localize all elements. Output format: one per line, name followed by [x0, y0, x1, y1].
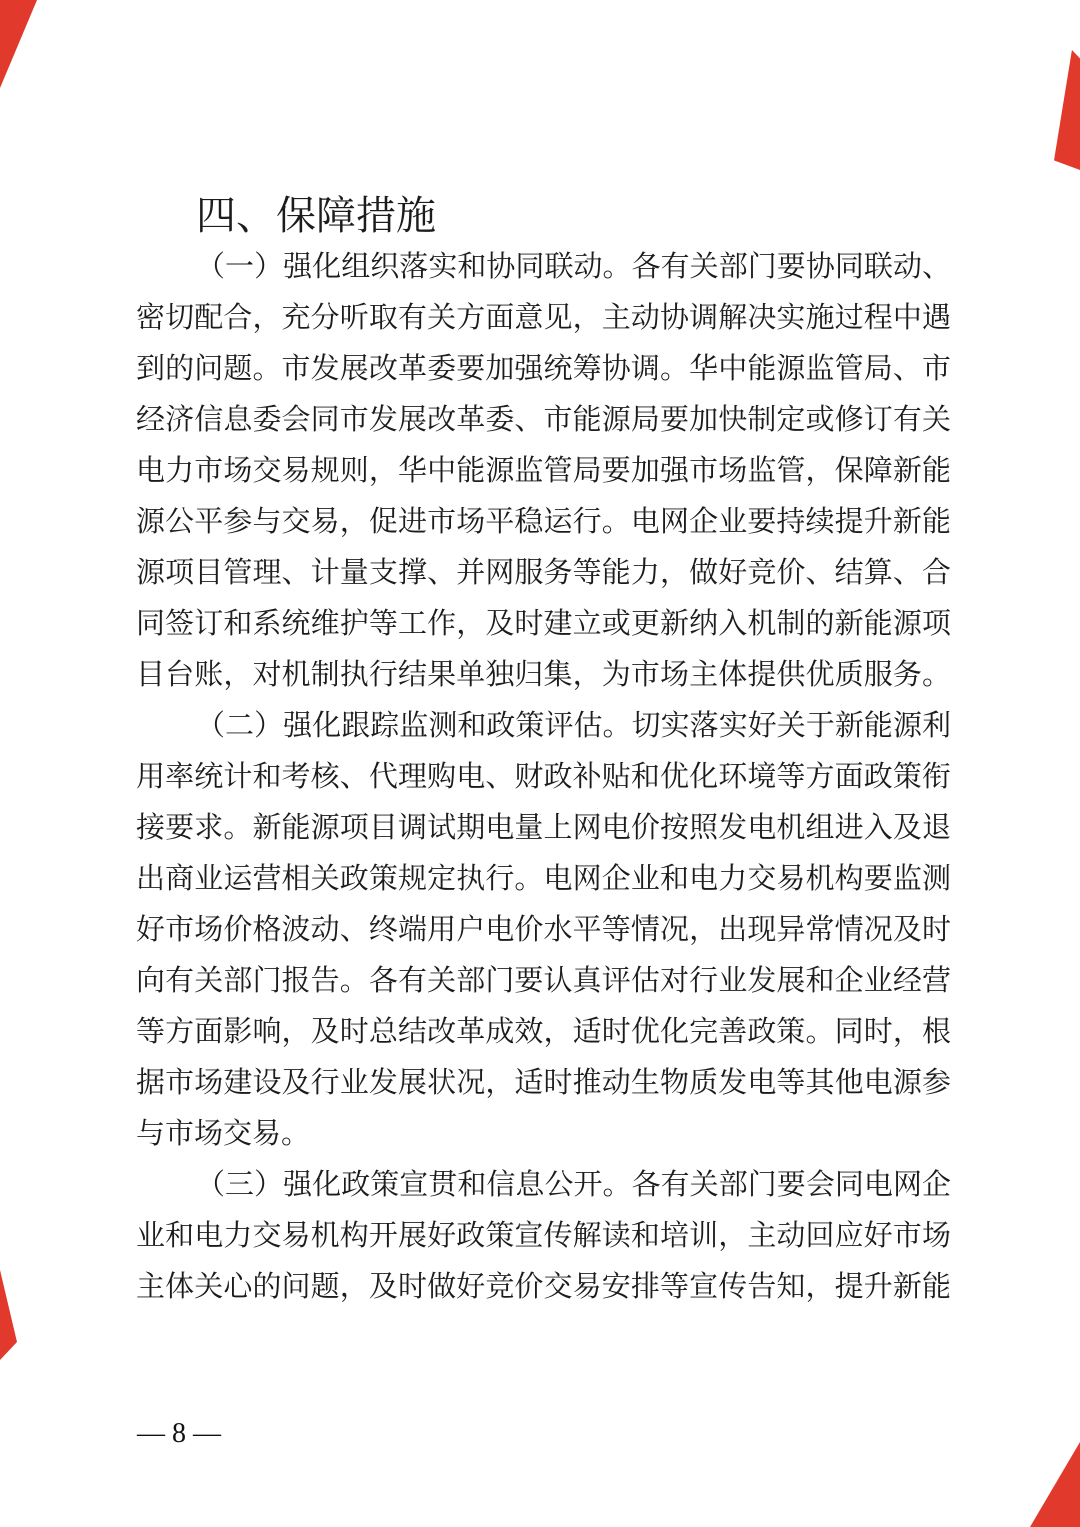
doc-line: （一）强化组织落实和协同联动。各有关部门要协同联动、: [136, 242, 951, 293]
doc-line: 用率统计和考核、代理购电、财政补贴和优化环境等方面政策衔: [136, 752, 951, 803]
document-page: 四、保障措施 （一）强化组织落实和协同联动。各有关部门要协同联动、 密切配合，充…: [0, 0, 1080, 1527]
doc-line: 向有关部门报告。各有关部门要认真评估对行业发展和企业经营: [136, 956, 951, 1007]
doc-line: 同签订和系统维护等工作，及时建立或更新纳入机制的新能源项: [136, 599, 951, 650]
doc-line: 据市场建设及行业发展状况，适时推动生物质发电等其他电源参: [136, 1058, 951, 1109]
doc-line: 电力市场交易规则，华中能源监管局要加强市场监管，保障新能: [136, 446, 951, 497]
doc-line: 到的问题。市发展改革委要加强统筹协调。华中能源监管局、市: [136, 344, 951, 395]
document-body: 四、保障措施 （一）强化组织落实和协同联动。各有关部门要协同联动、 密切配合，充…: [136, 191, 951, 1313]
red-corner-bottom-right: [1030, 1442, 1080, 1527]
doc-line: 密切配合，充分听取有关方面意见，主动协调解决实施过程中遇: [136, 293, 951, 344]
doc-line: 出商业运营相关政策规定执行。电网企业和电力交易机构要监测: [136, 854, 951, 905]
section-heading: 四、保障措施: [136, 191, 951, 242]
doc-line: 业和电力交易机构开展好政策宣传解读和培训，主动回应好市场: [136, 1211, 951, 1262]
red-corner-top-left: [0, 0, 37, 88]
doc-line: （二）强化跟踪监测和政策评估。切实落实好关于新能源利: [136, 701, 951, 752]
page-number: — 8 —: [137, 1408, 221, 1459]
doc-line: 源项目管理、计量支撑、并网服务等能力，做好竞价、结算、合: [136, 548, 951, 599]
doc-line: 源公平参与交易，促进市场平稳运行。电网企业要持续提升新能: [136, 497, 951, 548]
red-corner-left-lower: [0, 1270, 17, 1360]
doc-line: 主体关心的问题，及时做好竞价交易安排等宣传告知，提升新能: [136, 1262, 951, 1313]
doc-line: 经济信息委会同市发展改革委、市能源局要加快制定或修订有关: [136, 395, 951, 446]
doc-line: 等方面影响，及时总结改革成效，适时优化完善政策。同时，根: [136, 1007, 951, 1058]
doc-line: 好市场价格波动、终端用户电价水平等情况，出现异常情况及时: [136, 905, 951, 956]
doc-line: （三）强化政策宣贯和信息公开。各有关部门要会同电网企: [136, 1160, 951, 1211]
red-corner-right-upper: [1054, 50, 1080, 170]
doc-line: 与市场交易。: [136, 1109, 951, 1160]
doc-line: 目台账，对机制执行结果单独归集，为市场主体提供优质服务。: [136, 650, 951, 701]
doc-line: 接要求。新能源项目调试期电量上网电价按照发电机组进入及退: [136, 803, 951, 854]
